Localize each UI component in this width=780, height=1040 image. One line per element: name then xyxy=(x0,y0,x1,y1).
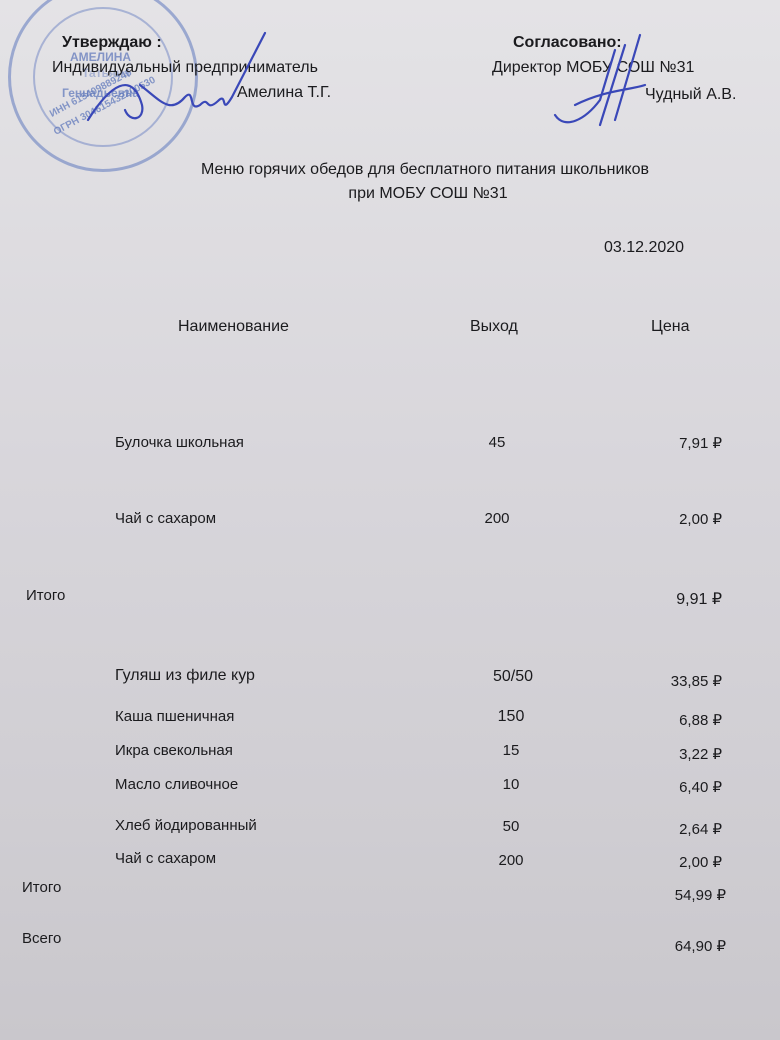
item-price: 6,40 ₽ xyxy=(612,778,722,796)
item-price: 3,22 ₽ xyxy=(612,745,722,763)
item-yield: 15 xyxy=(466,742,556,759)
item-price: 2,64 ₽ xyxy=(612,820,722,838)
menu-title-line2: при МОБУ СОШ №31 xyxy=(0,185,780,203)
item-yield: 45 xyxy=(452,434,542,451)
total-price: 54,99 ₽ xyxy=(616,886,726,904)
item-name: Икра свекольная xyxy=(115,742,233,759)
menu-date: 03.12.2020 xyxy=(604,239,684,257)
item-name: Хлеб йодированный xyxy=(115,817,257,834)
item-yield: 50/50 xyxy=(468,668,558,686)
grand-total-price: 64,90 ₽ xyxy=(616,937,726,955)
signature-right-icon xyxy=(545,30,655,140)
item-yield: 200 xyxy=(452,510,542,527)
approval-right-name: Чудный А.В. xyxy=(645,86,736,104)
item-price: 6,88 ₽ xyxy=(612,711,722,729)
item-yield: 200 xyxy=(466,852,556,869)
grand-total-label: Всего xyxy=(22,930,61,947)
item-name: Гуляш из филе кур xyxy=(115,667,255,685)
item-name: Масло сливочное xyxy=(115,776,238,793)
header-name: Наименование xyxy=(178,318,289,336)
header-price: Цена xyxy=(651,318,689,336)
total-price: 9,91 ₽ xyxy=(612,589,722,609)
item-price: 33,85 ₽ xyxy=(612,672,722,690)
item-price: 2,00 ₽ xyxy=(612,853,722,871)
item-price: 7,91 ₽ xyxy=(612,434,722,452)
item-price: 2,00 ₽ xyxy=(612,510,722,528)
menu-title-line1: Меню горячих обедов для бесплатного пита… xyxy=(0,161,780,179)
item-yield: 10 xyxy=(466,776,556,793)
item-name: Чай с сахаром xyxy=(115,510,216,527)
total-label: Итого xyxy=(22,879,61,896)
item-name: Булочка школьная xyxy=(115,434,244,451)
item-name: Каша пшеничная xyxy=(115,708,234,725)
signature-left-icon xyxy=(70,25,270,135)
item-yield: 150 xyxy=(466,708,556,726)
total-label: Итого xyxy=(26,587,65,604)
item-yield: 50 xyxy=(466,818,556,835)
header-yield: Выход xyxy=(470,318,518,336)
item-name: Чай с сахаром xyxy=(115,850,216,867)
